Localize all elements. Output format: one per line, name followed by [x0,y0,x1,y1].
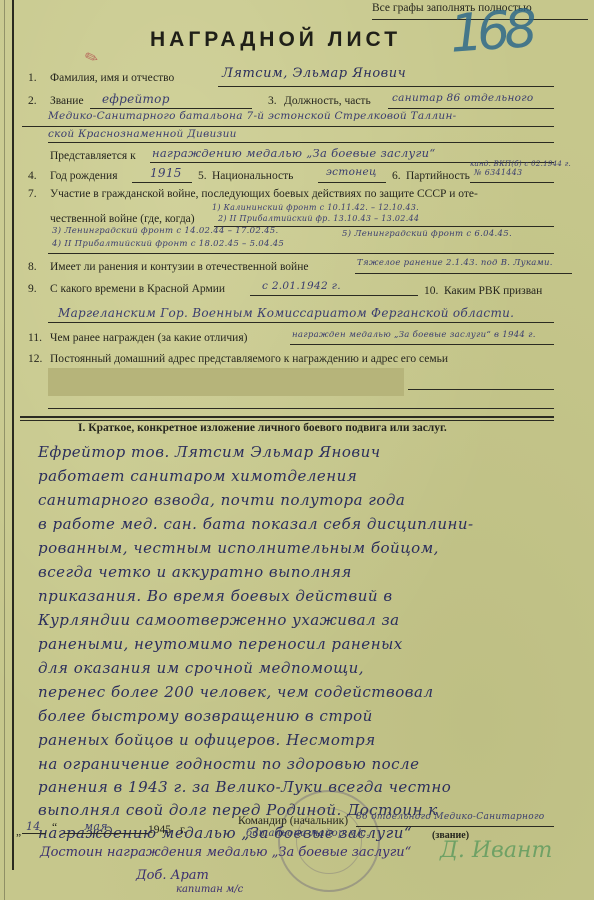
field-3-line2 [22,126,554,127]
commander-rank: батальона майор м/с. [246,828,370,839]
field-3-line3 [48,142,554,143]
field-3-value-line2: Медико-Санитарного батальона 7-й эстонск… [48,110,457,122]
commander-line [356,826,554,827]
field-4-number: 4. [28,170,37,182]
date-close-quote: “ [52,822,57,834]
narrative-line: более быстрому возвращению в строй [38,707,373,725]
field-12-label: Постоянный домашний адрес представляемог… [50,353,448,365]
field-12-line2 [48,408,554,409]
date-open-quote: „ [16,826,21,838]
field-9-number: 9. [28,283,37,295]
narrative-line: раненых бойцов и офицеров. Несмотря [38,731,376,749]
date-day-line [22,833,46,834]
narrative-line: перенес более 200 человек, чем содейство… [38,683,434,701]
field-6-label: Партийность [406,170,470,182]
resolution-text: Достоин награждения медалью „За боевые з… [40,845,411,860]
field-3-value-line3: ской Краснознаменной Дивизии [48,128,237,140]
field-11-label: Чем ранее награжден (за какие отличия) [50,332,247,344]
field-12-line1 [408,389,554,390]
page-title: НАГРАДНОЙ ЛИСТ [150,28,401,52]
field-7-entry: 5) Ленинградский фронт с 6.04.45. [342,229,512,239]
section-divider-thin [20,420,554,421]
field-4-value: 1915 [150,166,182,180]
narrative-line: санитарного взвода, почти полутора года [38,491,405,509]
field-10-value: Маргеланским Гор. Военным Комиссариатом … [58,306,514,320]
field-7-number: 7. [28,188,37,200]
narrative-line: для оказания им срочной медпомощи, [38,659,364,677]
resolution-signer: Доб. Арат [136,868,209,883]
narrative-line: ранения в 1943 г. за Велико-Луки всегда … [38,778,451,796]
date-year-suffix: г. [180,824,186,836]
field-2-label: Звание [50,95,84,107]
commander-unit: 86 отдельного Медико-Санитарного [356,812,545,822]
field-5-value: эстонец [326,166,377,178]
section-title: I. Краткое, конкретное изложение личного… [78,422,447,434]
field-11-value: награжден медалью „За боевые заслуги“ в … [292,330,536,340]
field-10-label: Каким РВК призван [444,285,542,297]
field-7-entry: 1) Калининский фронт с 10.11.42. – 12.10… [212,203,419,212]
field-8-value: Тяжелое ранение 2.1.43. под В. Луками. [357,258,553,268]
field-11-line [290,344,554,345]
field-7-entry: 2) II Прибалтийский фр. 13.10.43 – 13.02… [218,214,419,223]
narrative-line: ранеными, неутомимо переносил раненых [38,635,403,653]
narrative-line: приказания. Во время боевых действий в [38,587,393,605]
narrative-line: на ограничение годности по здоровью посл… [38,755,419,773]
field-3-line [388,108,554,109]
presented-value: награждению медалью „За боевые заслуги“ [152,146,436,160]
date-year: 1945 [148,824,171,836]
field-1-label: Фамилия, имя и отчество [50,72,174,84]
field-6-note: канд. ВКП(б) с 02.1944 г. [470,160,571,168]
field-11-number: 11. [28,332,42,344]
field-5-label: Национальность [212,170,293,182]
field-3-label: Должность, часть [284,95,371,107]
section-divider [20,416,554,418]
redacted-address-block [48,368,404,396]
field-1-number: 1. [28,72,37,84]
narrative-line: Ефрейтор тов. Лятсим Эльмар Янович [38,443,381,461]
date-day: 14 [26,820,41,833]
narrative-line: всегда четко и аккуратно выполняя [38,563,352,581]
field-9-value: с 2.01.1942 г. [262,280,341,292]
field-1-line [218,86,554,87]
field-9-line [250,295,418,296]
field-3-label-num: 3. [268,95,277,107]
field-8-number: 8. [28,261,37,273]
field-10-label-num: 10. [424,285,438,297]
field-8-line [355,273,572,274]
narrative-line: работает санитаром химотделения [38,467,357,485]
commander-signature: Д. Ивант [440,838,552,863]
field-7-entry: 3) Ленинградский фронт с 14.02.44 – 17.0… [52,226,279,236]
field-6-label-num: 6. [392,170,401,182]
field-7-label-line1: Участие в гражданской войне, последующих… [50,188,478,200]
field-4-label: Год рождения [50,170,118,182]
field-5-line [318,182,386,183]
field-7-line2 [48,253,554,254]
narrative-line: рованным, честным исполнительным бойцом, [38,539,439,557]
field-8-label: Имеет ли ранения и контузии в отечествен… [50,261,308,273]
field-1-value: Лятсим, Эльмар Янович [222,66,406,81]
field-2-number: 2. [28,95,37,107]
field-2-line [90,108,252,109]
field-6-value: № 6341443 [474,168,522,177]
field-6-line [470,182,554,183]
commander-label: Командир (начальник) [238,815,348,827]
resolution-rank: капитан м/с [176,884,243,895]
field-4-line [132,182,192,183]
field-2-value: ефрейтор [102,92,170,106]
field-7-entry: 4) II Прибалтийский фронт с 18.02.45 – 5… [52,239,284,249]
field-7-label-line2: чественной войне (где, когда) [50,213,195,225]
field-5-label-num: 5. [198,170,207,182]
field-12-number: 12. [28,353,42,365]
award-sheet-page: Все графы заполнять полностью НАГРАДНОЙ … [0,0,594,900]
left-margin-rule [12,0,14,870]
field-10-line [48,322,554,323]
red-pencil-mark: ✎ [82,46,101,69]
narrative-line: Курляндии самоотверженно ухаживал за [38,611,400,629]
page-edge [4,0,5,900]
narrative-line: в работе мед. сан. бата показал себя дис… [38,515,474,533]
field-9-label: С какого времени в Красной Армии [50,283,225,295]
field-3-value: санитар 86 отдельного [392,92,534,104]
archive-number: 168 [448,0,533,65]
date-month-line [64,833,148,834]
date-month: мая [84,820,108,833]
presented-label: Представляется к [50,150,136,162]
